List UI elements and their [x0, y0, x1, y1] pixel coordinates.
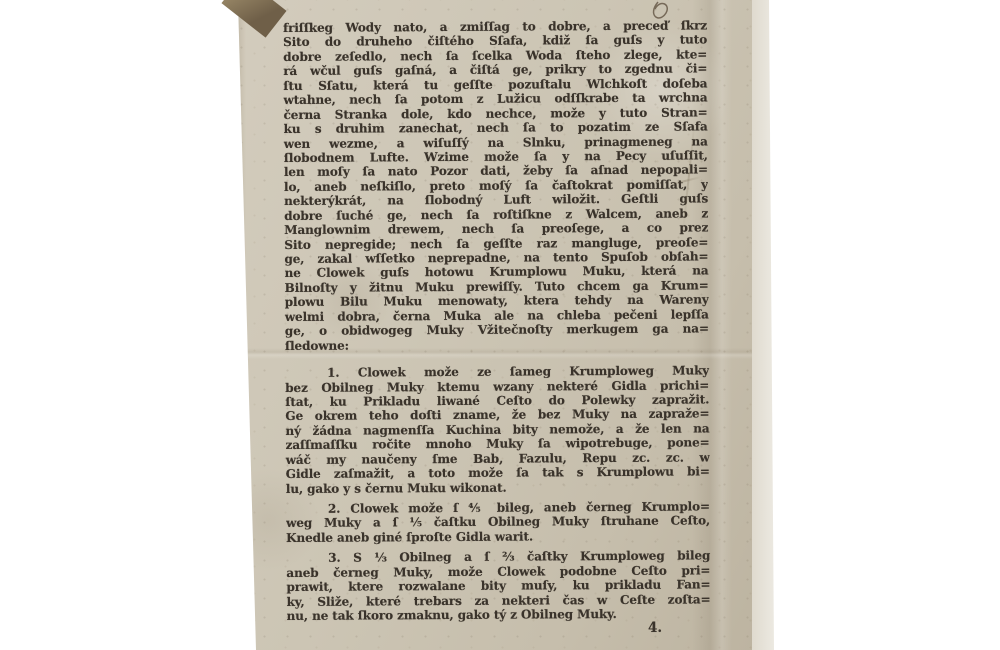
paragraph: 3. S ⅓ Obilneg a ſ ⅔ čaſtky Krumploweg b…	[286, 549, 710, 624]
text-line: Gidle zaſmažit, a toto može ſa tak s Kru…	[286, 465, 710, 482]
paragraph: friſſkeg Wody nato, a zmiſſag to dobre, …	[283, 18, 709, 353]
book-page: friſſkeg Wody nato, a zmiſſag to dobre, …	[230, 0, 752, 650]
page-signature: 4.	[648, 620, 662, 636]
paragraph: 1. Clowek može ze ſameg Krumploweg Mukyb…	[285, 363, 710, 496]
page-text: friſſkeg Wody nato, a zmiſſag to dobre, …	[283, 18, 711, 623]
text-line: weg Muky a ſ ⅕ čaſtku Obilneg Muky ſtruh…	[286, 514, 710, 531]
text-line: Knedle aneb giné ſproſte Gidla warit.	[286, 528, 710, 545]
text-line: lu, gako y s černu Muku wikonat.	[286, 479, 710, 496]
paragraph: 2. Clowek može ſ ⅘ bileg, aneb černeg Kr…	[286, 499, 710, 545]
text-line: ſledowne:	[285, 336, 709, 353]
pencil-curl-mark	[630, 0, 690, 50]
text-line: ge, o obidwogeg Muky Vžitečnoſty merkuge…	[285, 322, 709, 339]
text-line: ky, Sliže, které trebars za nekteri čas …	[287, 592, 711, 609]
photographed-document: friſſkeg Wody nato, a zmiſſag to dobre, …	[0, 0, 1000, 650]
